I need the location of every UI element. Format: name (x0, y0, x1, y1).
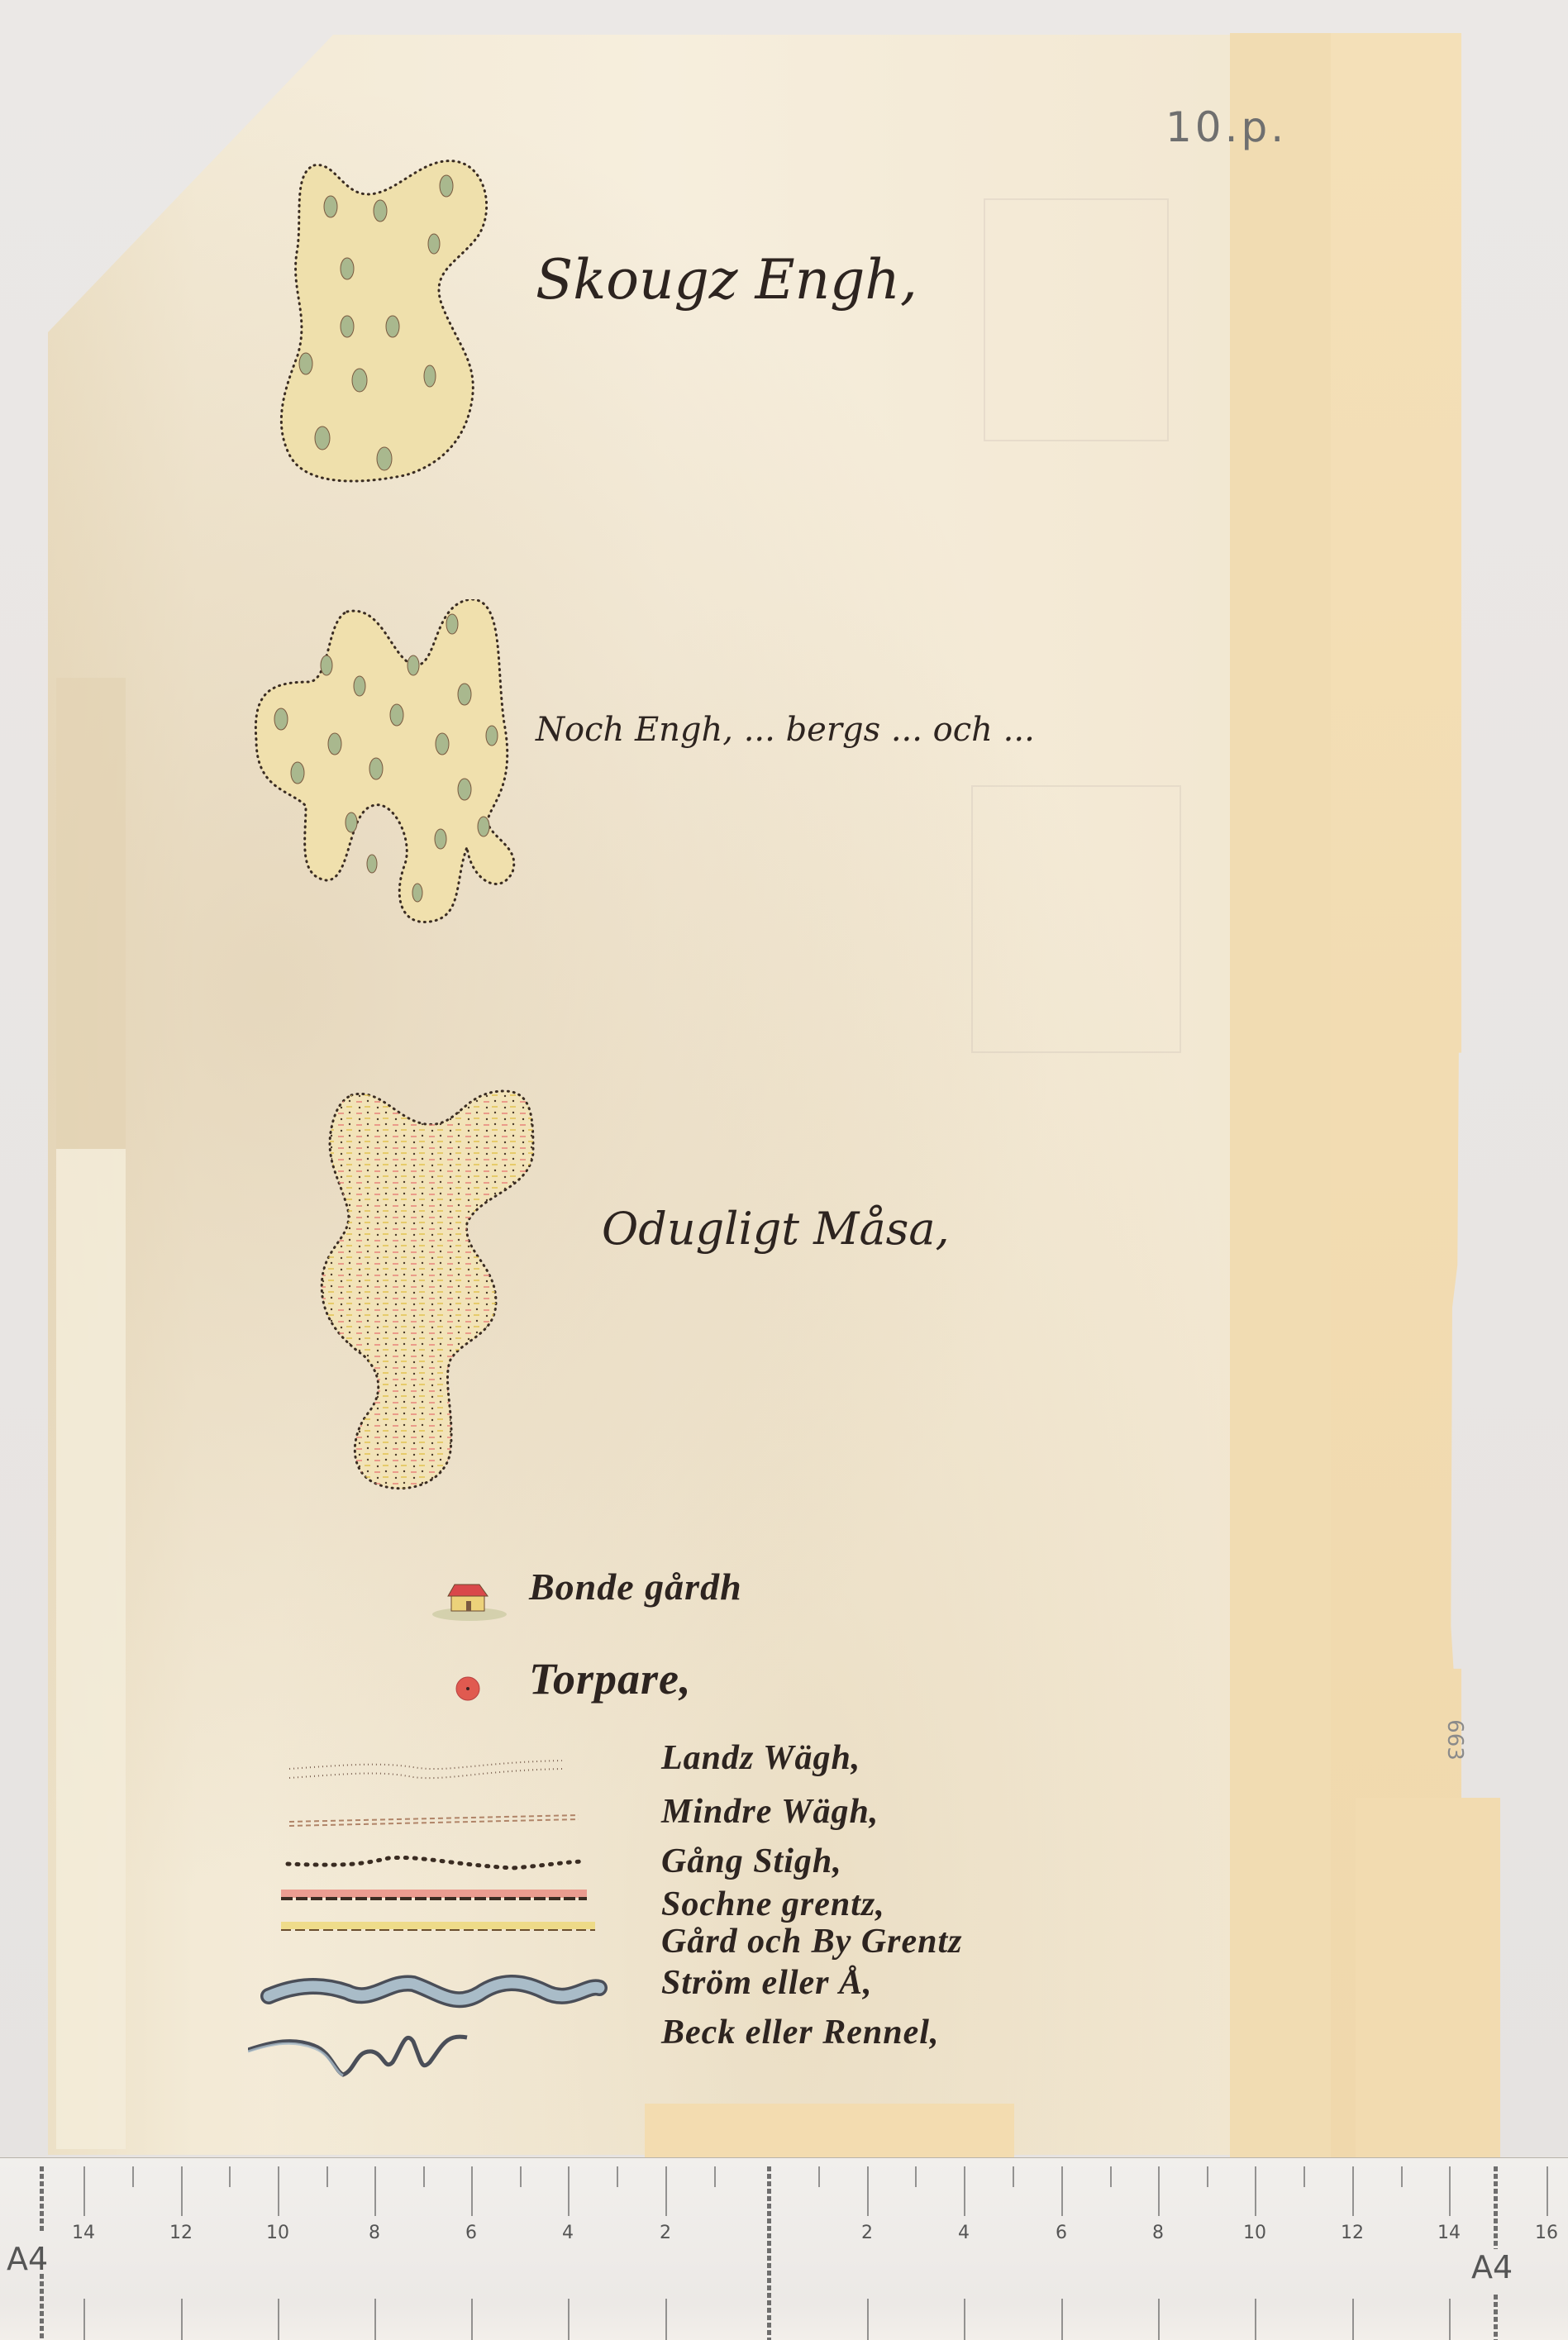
pencil-catalog-number: 663 (1442, 1719, 1467, 1761)
legend-label-croft: Torpare, (529, 1653, 692, 1704)
legend-label-farm: Bonde gårdh (529, 1565, 742, 1608)
show-through-shape (971, 785, 1181, 1053)
croft-circle-icon (453, 1674, 483, 1704)
ruler-heavy-mark (40, 2274, 44, 2340)
ruler-heavy-mark (1494, 2295, 1498, 2340)
ruler-number: 8 (369, 2223, 380, 2243)
ruler-number: 10 (1243, 2223, 1266, 2243)
ruler-heavy-mark (767, 2166, 771, 2340)
ruler-number: 8 (1152, 2223, 1164, 2243)
ruler-number: 6 (465, 2223, 477, 2243)
ruler-number: 10 (266, 2223, 289, 2243)
legend-label-footpath: Gång Stigh, (661, 1842, 842, 1881)
ruler-number: 14 (1437, 2223, 1461, 2243)
ruler-label-right: A4 (1471, 2249, 1513, 2285)
ruler-number: 2 (861, 2223, 873, 2243)
ruler-number: 6 (1056, 2223, 1067, 2243)
repair-strip-inner (1230, 33, 1337, 2157)
measurement-ruler: A4 A4 14 12 10 8 6 4 2 2 4 6 8 10 12 14 … (0, 2157, 1568, 2340)
repair-patch-bottom (645, 2104, 1014, 2157)
ruler-number: 2 (660, 2223, 671, 2243)
farm-house-icon (428, 1575, 511, 1624)
ruler-number: 4 (958, 2223, 970, 2243)
ruler-label-left: A4 (7, 2241, 48, 2277)
marsh-symbol (318, 1087, 632, 1500)
sheet-left-repair (56, 1149, 126, 2149)
show-through-shape (984, 198, 1169, 441)
legend-label-stream: Beck eller Rennel, (661, 2013, 939, 2052)
ruler-number: 16 (1535, 2223, 1558, 2243)
ruler-heavy-mark (1494, 2166, 1498, 2249)
legend-label-minor-road: Mindre Wägh, (661, 1792, 879, 1832)
pencil-page-number: 10.p. (1165, 103, 1287, 151)
ruler-heavy-mark (40, 2166, 44, 2233)
legend-label-wooded-meadow: Noch Engh, ... bergs ... och ... (536, 711, 1035, 749)
ruler-number: 12 (169, 2223, 193, 2243)
legend-label-forest-meadow: Skougz Engh, (536, 248, 917, 312)
legend-label-river: Ström eller Å, (661, 1963, 873, 2003)
forest-meadow-symbol (256, 149, 504, 496)
sheet-edge-stain (56, 678, 126, 1149)
legend-label-marsh: Odugligt Måsa, (602, 1203, 950, 1255)
legend-label-parish-border: Sochne grentz, (661, 1885, 885, 1924)
ruler-number: 12 (1341, 2223, 1364, 2243)
repair-strip-lower (1356, 1798, 1500, 2157)
ruler-number: 14 (72, 2223, 95, 2243)
legend-label-farm-border: Gård och By Grentz (661, 1922, 963, 1961)
wooded-meadow-symbol (248, 599, 529, 930)
line-legend-symbols (248, 1744, 645, 2091)
legend-label-main-road: Landz Wägh, (661, 1738, 860, 1778)
ruler-number: 4 (562, 2223, 574, 2243)
